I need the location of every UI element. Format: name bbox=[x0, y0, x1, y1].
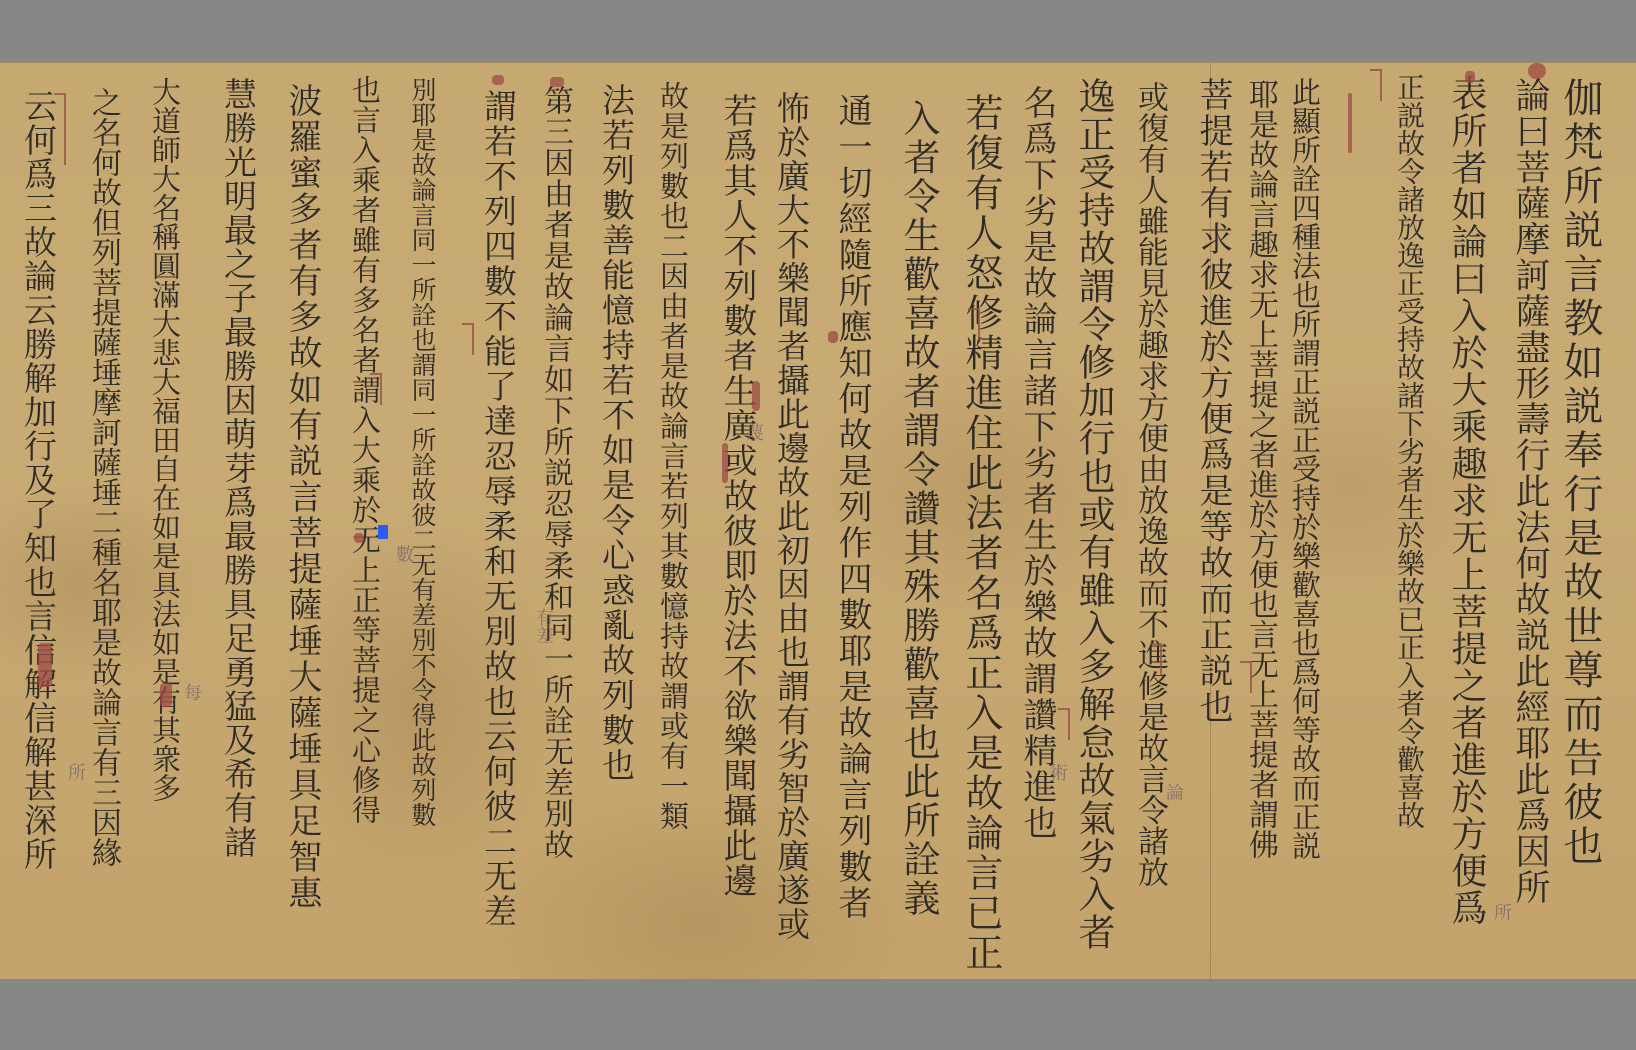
red-bracket-mark bbox=[462, 323, 474, 355]
text-column-25: 之名何故但列菩提薩埵摩訶薩埵二種名耶是故論言有三因緣 bbox=[88, 87, 118, 867]
text-column-6: 耶是故論言趣求无上菩提之者進於方便也言无上菩提者謂佛 bbox=[1245, 79, 1275, 859]
red-punctuation-mark bbox=[828, 331, 838, 343]
red-punctuation-mark bbox=[160, 683, 172, 707]
red-bracket-mark bbox=[370, 373, 382, 405]
red-bracket-mark bbox=[968, 308, 980, 340]
manuscript-scroll: 伽梵所説言教如説奉行是故世尊而告彼也 論曰菩薩摩訶薩盡形壽行此法何故説此經耶此爲… bbox=[0, 62, 1636, 980]
red-punctuation-mark bbox=[38, 643, 52, 687]
text-column-5: 此顯所詮四種法也所謂正説正受持於樂歡喜也爲何等故而正説 bbox=[1290, 77, 1319, 860]
text-column-20: 別耶是故論言同一所詮也謂同一所詮故彼二无有差別不令得此故列數 bbox=[410, 77, 435, 827]
interlinear-note: 術 bbox=[1044, 763, 1070, 781]
red-punctuation-mark bbox=[1528, 63, 1546, 79]
red-punctuation-mark bbox=[752, 381, 760, 411]
interlinear-note: 論 bbox=[1160, 783, 1186, 801]
text-column-26: 云何爲三故論云勝解加行及了知也言信解信解甚深所 bbox=[22, 89, 55, 871]
text-column-2: 論曰菩薩摩訶薩盡形壽行此法何故説此經耶此爲因所 bbox=[1512, 77, 1547, 905]
text-column-3: 表所者如論曰入於大乘趣求无上菩提之者進於方便爲 bbox=[1448, 75, 1484, 926]
text-column-8: 或復有人雖能見於趣求方便由放逸故而不進修是故言令諸放 bbox=[1134, 81, 1165, 887]
red-bracket-mark bbox=[1058, 708, 1070, 740]
red-punctuation-mark bbox=[1465, 71, 1475, 83]
text-column-19: 謂若不列四數不能了達忍辱柔和无別故也云何彼二无差 bbox=[482, 89, 515, 929]
text-column-7: 菩提若有求彼進於方便爲是等故而正説也 bbox=[1196, 77, 1230, 725]
text-column-17: 法若列數善能憶持若不如是令心惑亂故列數也 bbox=[600, 83, 633, 783]
red-punctuation-mark bbox=[354, 533, 364, 543]
red-punctuation-mark bbox=[722, 443, 728, 483]
text-column-15: 若爲其人不列數者生廣或故彼即於法不欲樂聞攝此邊 bbox=[720, 93, 754, 898]
text-column-18: 第三因由者是故論言如下所説忍辱柔和同一所詮无差別故 bbox=[540, 85, 570, 860]
text-column-14: 怖於廣大不樂聞者攝此邊故此初因由也謂有劣智於廣遂或 bbox=[775, 91, 808, 941]
interlinear-note: 所 bbox=[1488, 903, 1514, 921]
text-column-23: 慧勝光明最之子最勝因萌芽爲最勝具足勇猛及希有諸 bbox=[222, 77, 255, 859]
interlinear-note: 善 bbox=[660, 603, 686, 621]
text-column-21: 也言入乘者雖有多名者謂入大乘於无上正等菩提之心修得 bbox=[350, 75, 379, 825]
interlinear-note: 有差 bbox=[530, 608, 556, 644]
text-column-16: 故是列數也二因由者是故論言若列其數憶持故謂或有一類 bbox=[658, 81, 687, 831]
red-bracket-mark bbox=[54, 93, 66, 165]
text-column-4: 正説故令諸放逸正受持故諸下劣者生於樂故已正入者令歡喜故 bbox=[1395, 73, 1423, 829]
text-column-9: 逸正受持故謂令修加行也或有雖入多解怠故氣劣入者 bbox=[1075, 77, 1112, 951]
red-punctuation-mark bbox=[1348, 93, 1352, 153]
text-column-1: 伽梵所説言教如説奉行是故世尊而告彼也 bbox=[1560, 77, 1600, 869]
text-column-12: 入者令生歡喜故者謂令讚其殊勝歡喜也此所詮義 bbox=[900, 99, 937, 918]
text-column-22: 波羅蜜多者有多故如有説言菩提薩埵大薩埵具足智惠 bbox=[285, 83, 319, 911]
text-column-10: 名爲下劣是故論言諸下劣者生於樂故謂讚精進也 bbox=[1020, 85, 1054, 841]
interlinear-note: 每 bbox=[178, 683, 204, 701]
red-bracket-mark bbox=[1150, 643, 1162, 675]
interlinear-note: 所 bbox=[62, 763, 88, 781]
blue-marker bbox=[378, 525, 388, 539]
text-column-11: 若復有人怒修精進住此法者名爲正入是故論言已正 bbox=[962, 93, 1000, 973]
red-punctuation-mark bbox=[492, 75, 504, 85]
text-column-13: 通一切經隨所應知何故是列作四數耶是故論言列數者 bbox=[835, 93, 869, 921]
interlinear-note: 蔑 bbox=[740, 423, 766, 441]
red-bracket-mark bbox=[1240, 661, 1252, 693]
red-punctuation-mark bbox=[550, 77, 564, 87]
red-bracket-mark bbox=[1370, 69, 1382, 101]
interlinear-note: 數 bbox=[390, 545, 416, 563]
